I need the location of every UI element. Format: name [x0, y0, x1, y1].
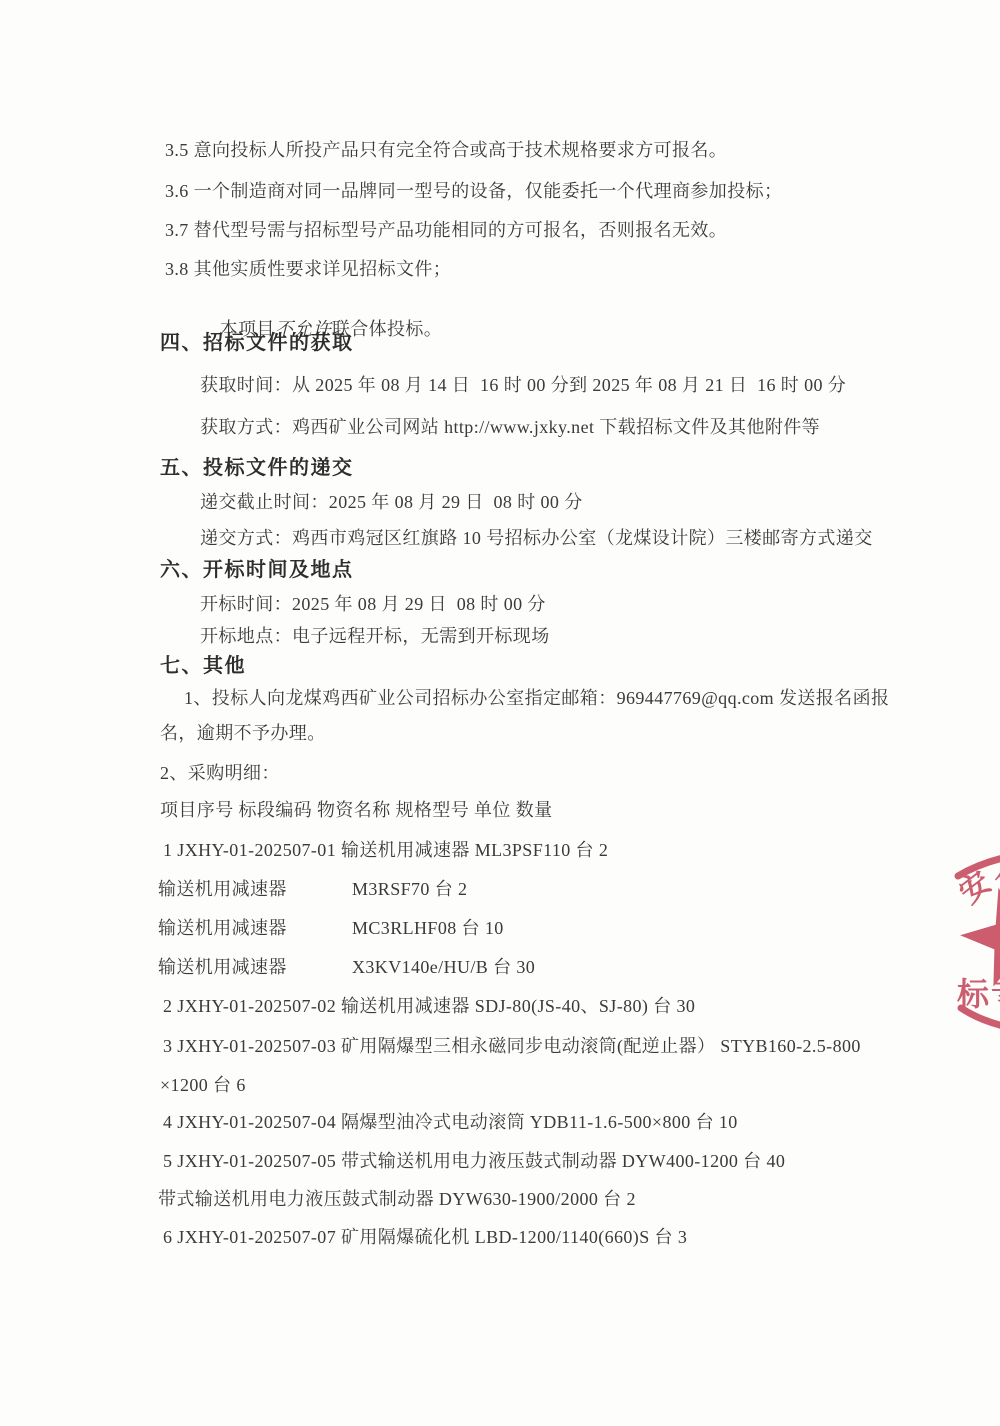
opening-time-line: 开标时间：2025 年 08 月 29 日 08 时 00 分	[200, 593, 546, 615]
procurement-row-5: 5 JXHY-01-202507-05 带式输送机用电力液压鼓式制动器 DYW4…	[163, 1150, 785, 1172]
item-spec: X3KV140e/HU/B 台 30	[352, 956, 535, 978]
section-heading-obtain: 四、招标文件的获取	[160, 330, 354, 356]
seal-text-bottom-2: 专	[991, 976, 1000, 1012]
item-name: 输送机用减速器	[158, 956, 287, 978]
signup-paragraph-line1: 1、投标人向龙煤鸡西矿业公司招标办公室指定邮箱：969447769@qq.com…	[184, 687, 889, 709]
obtain-time-line: 获取时间：从 2025 年 08 月 14 日 16 时 00 分到 2025 …	[200, 374, 846, 396]
procurement-row-6: 6 JXHY-01-202507-07 矿用隔爆硫化机 LBD-1200/114…	[163, 1226, 687, 1248]
clause-3-5: 3.5 意向投标人所投产品只有完全符合或高于技术规格要求方可报名。	[165, 139, 727, 161]
document-page: 3.5 意向投标人所投产品只有完全符合或高于技术规格要求方可报名。 3.6 一个…	[0, 0, 1000, 1426]
submission-deadline-line: 递交截止时间：2025 年 08 月 29 日 08 时 00 分	[200, 491, 583, 513]
submission-method-line: 递交方式：鸡西市鸡冠区红旗路 10 号招标办公室（龙煤设计院）三楼邮寄方式递交	[200, 527, 873, 549]
obtain-method-line: 获取方式：鸡西矿业公司网站 http://www.jxky.net 下载招标文件…	[200, 416, 820, 438]
clause-3-6: 3.6 一个制造商对同一品牌同一型号的设备，仅能委托一个代理商参加投标；	[165, 180, 782, 202]
opening-place-line: 开标地点：电子远程开标，无需到开标现场	[200, 625, 550, 647]
item-spec: MC3RLHF08 台 10	[352, 917, 504, 939]
clause-3-7: 3.7 替代型号需与招标型号产品功能相同的方可报名，否则报名无效。	[165, 219, 727, 241]
section-heading-other: 七、其他	[160, 653, 246, 679]
procurement-detail-label: 2、采购明细：	[160, 762, 280, 784]
procurement-row-3-continuation: ×1200 台 6	[160, 1074, 246, 1096]
red-seal-stamp: 安 全 标 专	[950, 838, 1000, 1048]
item-name: 输送机用减速器	[158, 878, 287, 900]
item-spec: M3RSF70 台 2	[352, 878, 467, 900]
procurement-row-1: 1 JXHY-01-202507-01 输送机用减速器 ML3PSF110 台 …	[163, 839, 608, 861]
procurement-row-3: 3 JXHY-01-202507-03 矿用隔爆型三相永磁同步电动滚筒(配逆止器…	[163, 1035, 861, 1057]
seal-text-bottom-1: 标	[957, 976, 990, 1012]
section-heading-opening: 六、开标时间及地点	[160, 557, 354, 583]
procurement-row-2: 2 JXHY-01-202507-02 输送机用减速器 SDJ-80(JS-40…	[163, 995, 695, 1017]
section-heading-submission: 五、投标文件的递交	[160, 455, 354, 481]
procurement-row-4: 4 JXHY-01-202507-04 隔爆型油冷式电动滚筒 YDB11-1.6…	[163, 1111, 738, 1133]
signup-paragraph-line2: 名，逾期不予办理。	[160, 722, 326, 744]
procurement-table-header: 项目序号 标段编码 物资名称 规格型号 单位 数量	[160, 799, 553, 821]
item-name: 输送机用减速器	[158, 917, 287, 939]
procurement-row-5-subrow: 带式输送机用电力液压鼓式制动器 DYW630-1900/2000 台 2	[158, 1188, 636, 1210]
clause-3-8: 3.8 其他实质性要求详见招标文件；	[165, 258, 451, 280]
